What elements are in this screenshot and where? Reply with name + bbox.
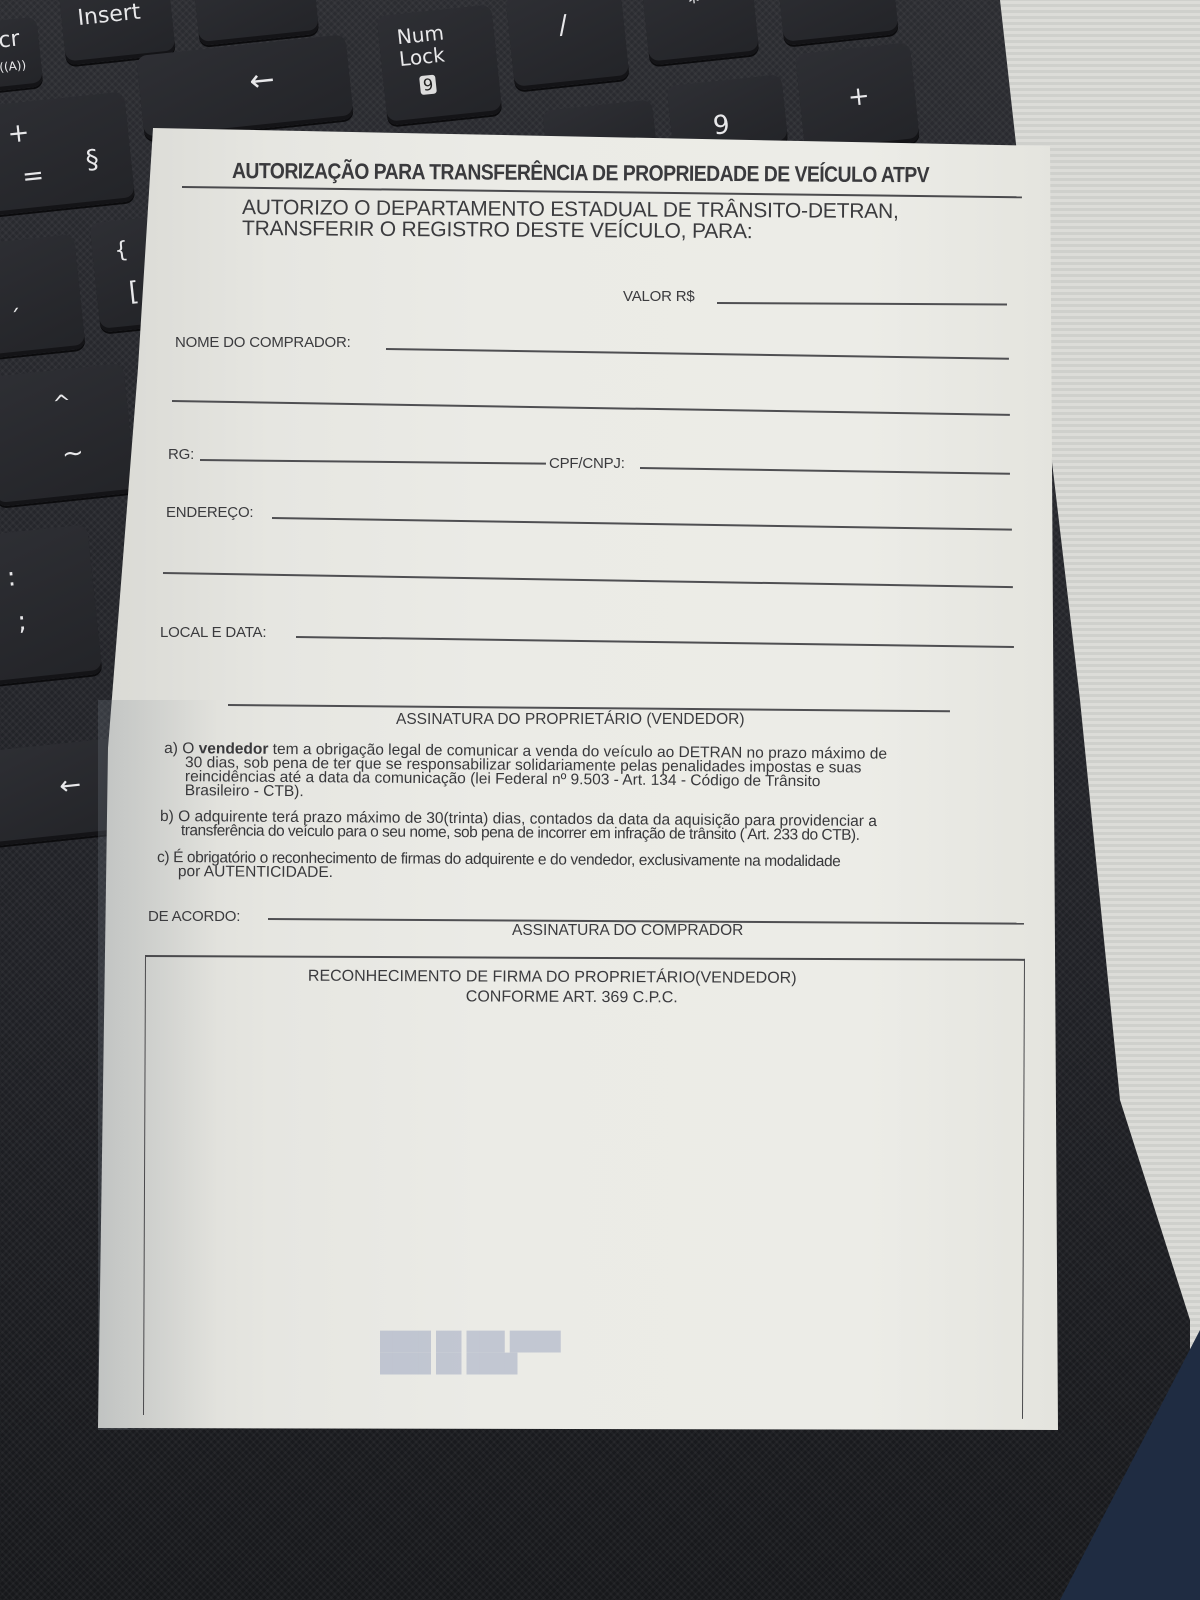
rg-label: RG: <box>168 446 194 463</box>
notary-box-line-1: RECONHECIMENTO DE FIRMA DO PROPRIETÁRIO(… <box>308 968 797 988</box>
endereco-label: ENDEREÇO: <box>166 504 253 521</box>
document-content: AUTORIZAÇÃO PARA TRANSFERÊNCIA DE PROPRI… <box>0 0 1200 1600</box>
local-data-field[interactable] <box>296 636 1014 648</box>
buyer-signature-caption: ASSINATURA DO COMPRADOR <box>512 922 743 940</box>
cpf-cnpj-label: CPF/CNPJ: <box>549 455 625 472</box>
clause-c-marker: c) <box>157 849 169 866</box>
clause-a-marker: a) <box>164 740 178 757</box>
faded-stamp: ████ ██ ███ ████ ████ ██ ████ <box>380 1330 660 1420</box>
document-title: AUTORIZAÇÃO PARA TRANSFERÊNCIA DE PROPRI… <box>232 158 929 188</box>
notary-box-line-2: CONFORME ART. 369 C.P.C. <box>466 988 678 1007</box>
clause-b-marker: b) <box>160 808 174 825</box>
seller-signature-caption: ASSINATURA DO PROPRIETÁRIO (VENDEDOR) <box>396 711 745 729</box>
clause-b-line-2: transferência do veículo para o seu nome… <box>160 824 877 843</box>
valor-label: VALOR R$ <box>623 288 694 305</box>
nome-comprador-field-line-2[interactable] <box>172 400 1010 416</box>
authorization-line-2: TRANSFERIR O REGISTRO DESTE VEÍCULO, PAR… <box>242 217 753 244</box>
de-acordo-label: DE ACORDO: <box>148 908 240 925</box>
valor-field[interactable] <box>717 302 1007 306</box>
endereco-field-line-2[interactable] <box>163 572 1013 588</box>
rg-field[interactable] <box>200 459 546 465</box>
endereco-field[interactable] <box>272 517 1012 531</box>
clause-a: a) O vendedor tem a obrigação legal de c… <box>164 742 887 804</box>
clause-c: c) É obrigatório o reconhecimento de fir… <box>157 851 841 883</box>
local-data-label: LOCAL E DATA: <box>160 624 266 641</box>
cpf-cnpj-field[interactable] <box>640 467 1010 475</box>
clause-b: b) O adquirente terá prazo máximo de 30(… <box>160 810 877 843</box>
nome-comprador-label: NOME DO COMPRADOR: <box>175 334 351 351</box>
nome-comprador-field[interactable] <box>386 348 1009 360</box>
